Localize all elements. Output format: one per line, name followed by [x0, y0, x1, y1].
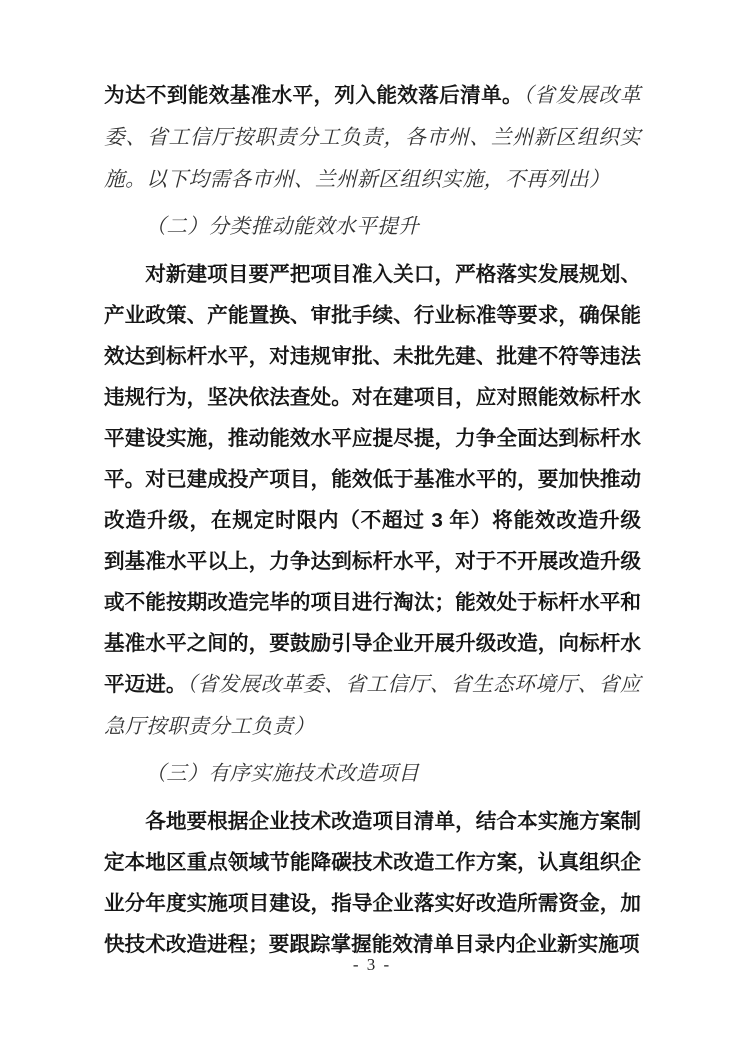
page-number: - 3 -	[0, 954, 744, 976]
text-segment-hei: 对新建项目要严把项目准入关口，严格落实发展规划、产业政策、产能置换、审批手续、行…	[104, 263, 641, 696]
section-heading: （三）有序实施技术改造项目	[104, 754, 641, 795]
text-segment-kai: （二）分类推动能效水平提升	[145, 216, 419, 238]
text-segment-hei: 为达不到能效基准水平，列入能效落后清单。	[104, 84, 523, 107]
document-body: 为达不到能效基准水平，列入能效落后清单。（省发展改革委、省工信厅按职责分工负责，…	[104, 75, 641, 965]
paragraph: 对新建项目要严把项目准入关口，严格落实发展规划、产业政策、产能置换、审批手续、行…	[104, 254, 641, 748]
section-heading: （二）分类推动能效水平提升	[104, 207, 641, 248]
paragraph: 各地要根据企业技术改造项目清单，结合本实施方案制定本地区重点领域节能降碳技术改造…	[104, 801, 641, 965]
paragraph: 为达不到能效基准水平，列入能效落后清单。（省发展改革委、省工信厅按职责分工负责，…	[104, 75, 641, 201]
text-segment-hei: 各地要根据企业技术改造项目清单，结合本实施方案制定本地区重点领域节能降碳技术改造…	[104, 810, 641, 956]
text-segment-kai: （三）有序实施技术改造项目	[145, 763, 419, 785]
document-page: 为达不到能效基准水平，列入能效落后清单。（省发展改革委、省工信厅按职责分工负责，…	[0, 0, 744, 1052]
